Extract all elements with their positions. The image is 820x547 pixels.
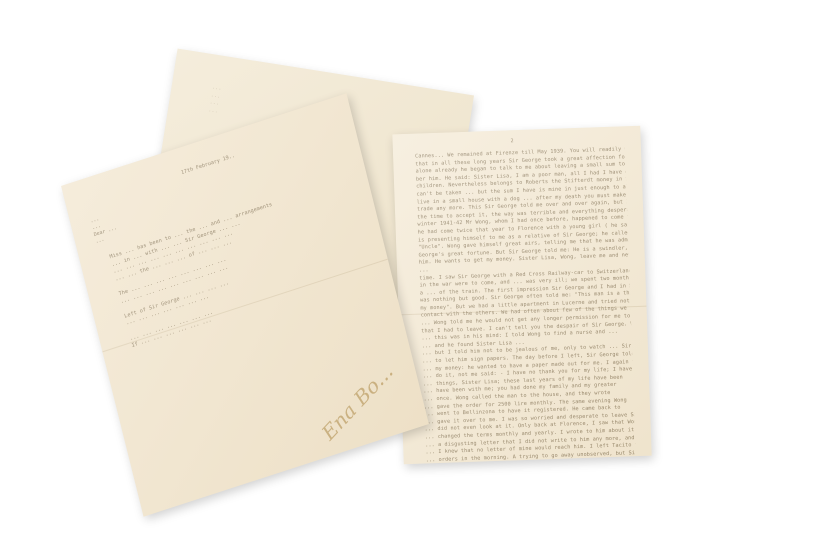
front-letter-text: Miss ... has been to ... the ... and ...… (109, 177, 371, 350)
page-number: 2 (511, 138, 514, 144)
handwritten-signature: Ena Bo... (317, 359, 398, 444)
right-letter-page: 2 Cannes... We remained at Firenze till … (392, 126, 651, 464)
letter-date: 17th February 19.. (181, 153, 236, 176)
letter-address: ... ... Dear ... ... (90, 211, 120, 246)
right-letter-text: Cannes... We remained at Firenze till Ma… (415, 146, 636, 464)
